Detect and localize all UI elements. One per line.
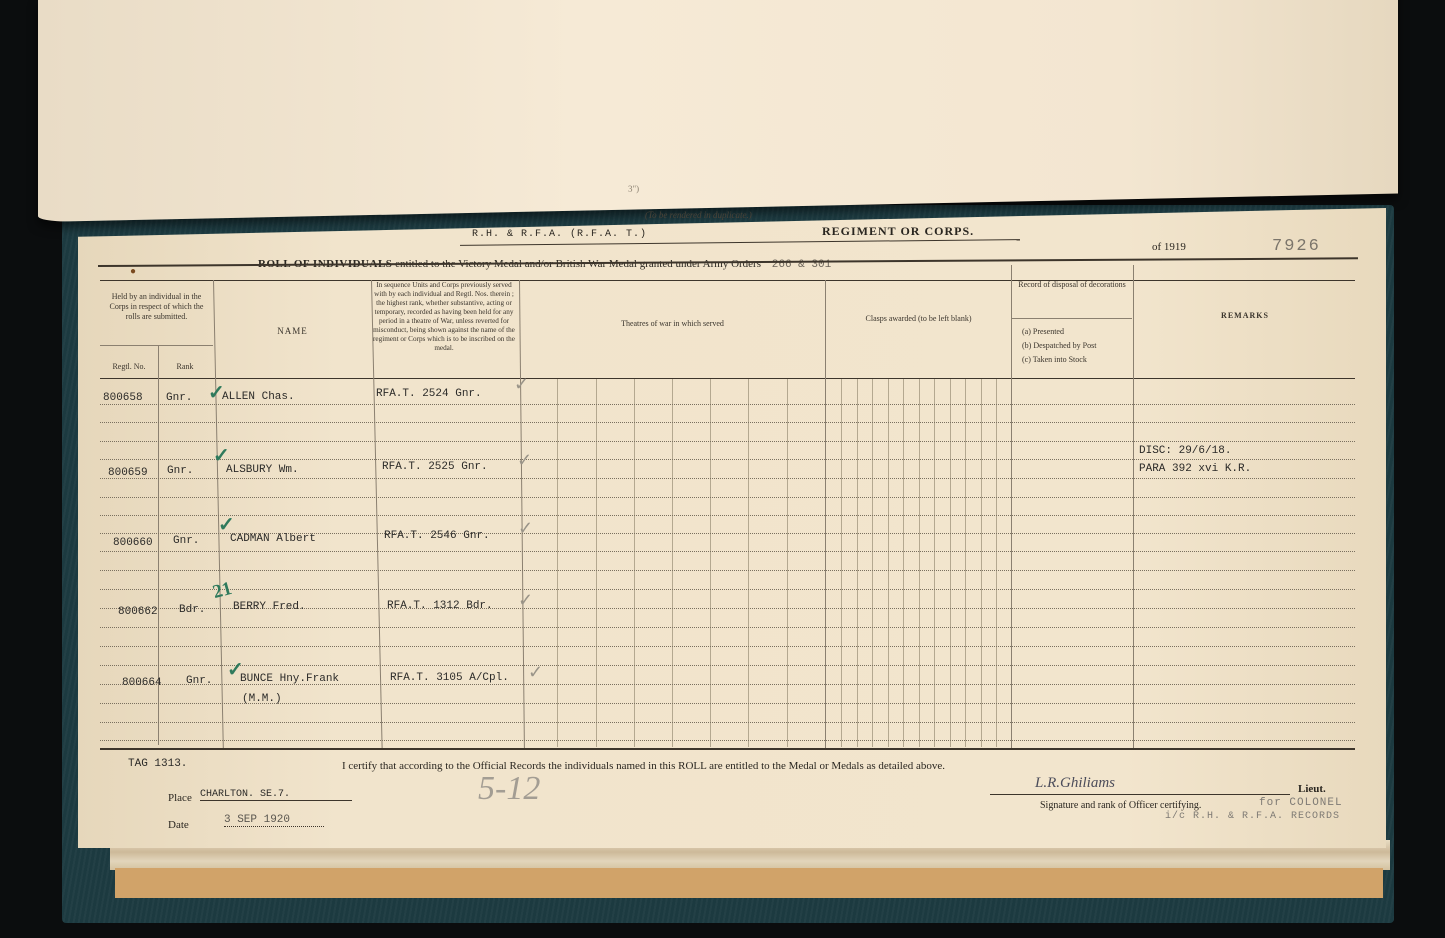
disposal-option-b: (b) Despatched by Post bbox=[1022, 341, 1096, 351]
units-header: In sequence Units and Corps previously s… bbox=[373, 281, 515, 353]
ruled-line bbox=[100, 404, 1355, 405]
top-page-fragment: 3") bbox=[628, 183, 639, 193]
name-header: NAME bbox=[215, 326, 370, 336]
duplicate-note: (To be rendered in duplicate.) bbox=[645, 210, 752, 220]
rank: Gnr. bbox=[167, 465, 193, 477]
regtl-no: 800660 bbox=[113, 537, 153, 549]
name: ALLEN Chas. bbox=[222, 391, 295, 403]
rank: Bdr. bbox=[179, 604, 205, 616]
pencil-tick-icon: ✓ bbox=[528, 662, 543, 683]
name: BERRY Fred. bbox=[233, 601, 306, 613]
regtl-no: 800658 bbox=[103, 392, 143, 404]
ruled-line bbox=[100, 722, 1355, 723]
year-field: of 1919 bbox=[1152, 241, 1186, 253]
table-header-bottom-rule bbox=[100, 378, 1355, 379]
ruled-line bbox=[100, 515, 1355, 516]
officer-rank: Lieut. bbox=[1298, 783, 1326, 795]
clasp-subcol bbox=[981, 379, 982, 747]
signature-line bbox=[990, 794, 1290, 795]
pencil-tick-icon: ✓ bbox=[517, 450, 532, 471]
disposal-divider bbox=[1012, 318, 1132, 319]
clasp-subcol bbox=[965, 379, 966, 747]
ruled-line bbox=[100, 441, 1355, 442]
ruled-line bbox=[100, 665, 1355, 666]
ruled-line bbox=[100, 497, 1355, 498]
pencil-tick-icon: ✓ bbox=[518, 518, 533, 539]
table-bottom-rule bbox=[100, 748, 1355, 750]
hole-mark: ● bbox=[130, 266, 136, 277]
ruled-line bbox=[100, 627, 1355, 628]
theatre-subcol bbox=[557, 379, 558, 747]
ruled-line bbox=[100, 740, 1355, 741]
unit: RFA.T. 2525 Gnr. bbox=[382, 461, 488, 473]
rank: Gnr. bbox=[166, 392, 192, 404]
clasp-subcol bbox=[872, 379, 873, 747]
unit: RFA.T. 3105 A/Cpl. bbox=[390, 672, 509, 684]
unit: RFA.T. 1312 Bdr. bbox=[387, 600, 493, 612]
col-line-remarks bbox=[1133, 265, 1134, 750]
rank-header: Rank bbox=[160, 362, 210, 372]
signature-caption: Signature and rank of Officer certifying… bbox=[1040, 800, 1201, 811]
regiment-label: REGIMENT OR CORPS. bbox=[822, 224, 974, 239]
held-by-divider bbox=[100, 345, 213, 346]
page-number-stamp: 7926 bbox=[1272, 237, 1321, 256]
theatre-subcol bbox=[748, 379, 749, 747]
name: BUNCE Hny.Frank bbox=[240, 673, 339, 685]
rank: Gnr. bbox=[186, 675, 212, 687]
theatre-subcol bbox=[710, 379, 711, 747]
clasp-subcol bbox=[903, 379, 904, 747]
unit: RFA.T. 2524 Gnr. bbox=[376, 388, 482, 400]
date-label: Date bbox=[168, 819, 189, 831]
clasp-subcol bbox=[934, 379, 935, 747]
held-by-header: Held by an individual in the Corps in re… bbox=[104, 292, 209, 322]
year-value: 19 bbox=[1175, 241, 1186, 253]
ruled-line bbox=[100, 551, 1355, 552]
unit: RFA.T. 2546 Gnr. bbox=[384, 530, 490, 542]
table-top-rule bbox=[100, 280, 1355, 281]
officer-signature: L.R.Ghiliams bbox=[1035, 775, 1115, 792]
pencil-note: 5-12 bbox=[478, 770, 540, 808]
clasps-header: Clasps awarded (to be left blank) bbox=[826, 314, 1011, 324]
remarks-header: REMARKS bbox=[1135, 311, 1355, 321]
col-line-disposal bbox=[1011, 265, 1012, 750]
regtl-no: 800659 bbox=[108, 467, 148, 479]
ruled-line bbox=[100, 459, 1355, 460]
pencil-tick-icon: ✓ bbox=[514, 374, 529, 395]
clasp-subcol bbox=[996, 379, 997, 747]
ruled-line bbox=[100, 589, 1355, 590]
remarks-line-1: DISC: 29/6/18. bbox=[1139, 445, 1231, 457]
clasp-subcol bbox=[857, 379, 858, 747]
date-stamp: 3 SEP 1920 bbox=[224, 814, 324, 827]
colonel-stamp-line-2: i/c R.H. & R.F.A. RECORDS bbox=[1165, 811, 1340, 822]
theatre-subcol bbox=[634, 379, 635, 747]
place-value: CHARLTON. SE.7. bbox=[200, 789, 352, 801]
clasp-subcol bbox=[919, 379, 920, 747]
place-label: Place bbox=[168, 792, 192, 804]
pencil-tick-icon: ✓ bbox=[518, 590, 533, 611]
clasp-subcol bbox=[888, 379, 889, 747]
certification-text: I certify that according to the Official… bbox=[342, 760, 945, 772]
theatre-subcol bbox=[596, 379, 597, 747]
rank: Gnr. bbox=[173, 535, 199, 547]
colonel-stamp-line-1: for COLONEL bbox=[1259, 797, 1343, 809]
disposal-option-a: (a) Presented bbox=[1022, 327, 1064, 337]
ruled-line bbox=[100, 703, 1355, 704]
name-line-2: (M.M.) bbox=[242, 693, 282, 705]
disposal-header: Record of disposal of decorations bbox=[1016, 276, 1128, 294]
year-label: of 19 bbox=[1152, 241, 1175, 253]
medal-roll-page bbox=[78, 208, 1386, 848]
ruled-line bbox=[100, 570, 1355, 571]
disposal-option-c: (c) Taken into Stock bbox=[1022, 355, 1087, 365]
upper-facing-page: 3") bbox=[38, 0, 1398, 222]
clasp-subcol bbox=[950, 379, 951, 747]
ruled-line bbox=[100, 422, 1355, 423]
regtl-no-header: Regtl. No. bbox=[104, 362, 154, 372]
name: CADMAN Albert bbox=[230, 533, 316, 545]
regtl-no: 800662 bbox=[118, 606, 158, 618]
theatre-subcol bbox=[672, 379, 673, 747]
clasp-subcol bbox=[841, 379, 842, 747]
theatre-subcol bbox=[787, 379, 788, 747]
tag-number: TAG 1313. bbox=[128, 758, 187, 770]
name: ALSBURY Wm. bbox=[226, 464, 299, 476]
regtl-no: 800664 bbox=[122, 677, 162, 689]
remarks-line-2: PARA 392 xvi K.R. bbox=[1139, 463, 1251, 475]
regiment-name: R.H. & R.F.A. (R.F.A. T.) bbox=[472, 229, 647, 240]
theatres-header: Theatres of war in which served bbox=[520, 319, 825, 329]
back-board bbox=[115, 868, 1383, 898]
ruled-line bbox=[100, 478, 1355, 479]
ruled-line bbox=[100, 646, 1355, 647]
